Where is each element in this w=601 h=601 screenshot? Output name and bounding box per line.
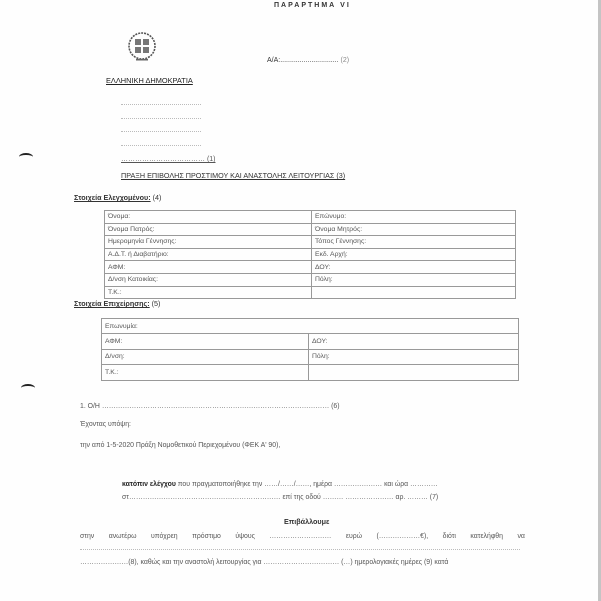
fine-amount-blank: ……………………… <box>269 533 331 540</box>
business-heading: Στοιχεία Επιχείρησης: (5) <box>74 299 160 308</box>
reference-number-label: Α/Α:.............................. <box>267 57 339 64</box>
legal-act-text: την από 1-5-2020 Πράξη Νομοθετικού Περιε… <box>80 442 280 449</box>
violation-dotted-line <box>80 549 520 550</box>
field-city[interactable]: Πόλη: <box>312 273 516 286</box>
fine-amount-euro-blank: (………………€), <box>376 533 428 540</box>
fine-word: ανωτέρω <box>109 533 137 540</box>
republic-heading: ΕΛΛΗΝΙΚΗ ΔΗΜΟΚΡΑΤΙΑ <box>106 76 193 85</box>
fine-word: ευρώ <box>346 533 362 540</box>
authority-dotted-line <box>121 131 201 132</box>
fine-word: στην <box>80 533 94 540</box>
table-row: ΑΦΜ:ΔΟΥ: <box>105 261 516 274</box>
field-tax-id[interactable]: ΑΦΜ: <box>105 261 312 274</box>
control-rest-text: που πραγματοποιήθηκε την ……/……/……, ημέρα… <box>176 481 438 488</box>
greek-coat-of-arms-icon <box>126 30 158 62</box>
authority-dotted-line <box>121 145 201 146</box>
field-postal-code[interactable]: Τ.Κ.: <box>105 286 312 299</box>
field-empty <box>309 365 519 380</box>
field-id-passport[interactable]: Α.Δ.Τ. ή Διαβατήριο: <box>105 248 312 261</box>
field-business-name[interactable]: Επωνυμία: <box>102 319 519 334</box>
margin-punch-mark <box>21 384 35 392</box>
field-business-postal-code[interactable]: Τ.Κ.: <box>102 365 309 380</box>
suspension-line: …………………(8), καθώς και την αναστολή λειτο… <box>80 559 448 566</box>
fine-word: κατελήφθη <box>470 533 503 540</box>
field-tax-office[interactable]: ΔΟΥ: <box>312 261 516 274</box>
reference-note: (2) <box>341 57 350 64</box>
field-first-name[interactable]: Όνομα: <box>105 211 312 224</box>
authority-dotted-line <box>121 104 201 105</box>
business-table: Επωνυμία: ΑΦΜ:ΔΟΥ: Δ/νση:Πόλη: Τ.Κ.: <box>101 318 519 381</box>
reference-number-field: Α/Α:.............................. (2) <box>267 57 349 64</box>
control-bold-text: κατόπιν ελέγχου <box>122 481 176 488</box>
authority-line: ……………………………… (1) <box>121 156 216 163</box>
field-empty <box>312 286 516 299</box>
field-issuing-authority[interactable]: Εκδ. Αρχή: <box>312 248 516 261</box>
act-title: ΠΡΑΞΗ ΕΠΙΒΟΛΗΣ ΠΡΟΣΤΙΜΟΥ ΚΑΙ ΑΝΑΣΤΟΛΗΣ Λ… <box>121 171 345 180</box>
fine-word: διότι <box>443 533 456 540</box>
fine-line: στην ανωτέρω υπόχρεη πρόστιμο ύψους …………… <box>80 533 525 540</box>
annex-title: ΠΑΡΑΡΤΗΜΑ VI <box>274 2 351 9</box>
fine-word: πρόστιμο <box>192 533 221 540</box>
field-business-address[interactable]: Δ/νση: <box>102 349 309 364</box>
controlled-person-heading: Στοιχεία Ελεγχομένου: (4) <box>74 193 161 202</box>
impose-heading: Επιβάλλουμε <box>284 517 329 526</box>
table-row: Δ/νση:Πόλη: <box>102 349 519 364</box>
section-heading-text: Στοιχεία Ελεγχομένου: <box>74 193 151 202</box>
section-note: (4) <box>151 193 162 202</box>
fine-word: ύψους <box>235 533 255 540</box>
having-regard-text: Έχοντας υπόψη: <box>80 421 131 428</box>
table-row: Όνομα:Επώνυμο: <box>105 211 516 224</box>
document-page: ΠΑΡΑΡΤΗΜΑ VI Α/Α:.......................… <box>0 0 598 601</box>
field-address[interactable]: Δ/νση Κατοικίας: <box>105 273 312 286</box>
field-business-tax-id[interactable]: ΑΦΜ: <box>102 334 309 349</box>
field-mother-name[interactable]: Όνομα Μητρός: <box>312 223 516 236</box>
table-row: Α.Δ.Τ. ή Διαβατήριο:Εκδ. Αρχή: <box>105 248 516 261</box>
officer-line: 1. Ο/Η ………………………………………………………………………………………… <box>80 403 340 410</box>
location-line: στ………………………………………………………… επί της οδού ……… <box>122 494 438 501</box>
field-birth-place[interactable]: Τόπος Γέννησης: <box>312 236 516 249</box>
section-heading-text: Στοιχεία Επιχείρησης: <box>74 299 150 308</box>
field-business-tax-office[interactable]: ΔΟΥ: <box>309 334 519 349</box>
field-birth-date[interactable]: Ημερομηνία Γέννησης: <box>105 236 312 249</box>
fine-word: να <box>517 533 524 540</box>
section-note: (5) <box>150 299 161 308</box>
fine-word: υπόχρεη <box>151 533 178 540</box>
table-row: Όνομα Πατρός:Όνομα Μητρός: <box>105 223 516 236</box>
margin-punch-mark <box>19 153 33 161</box>
table-row: Επωνυμία: <box>102 319 519 334</box>
controlled-person-table: Όνομα:Επώνυμο: Όνομα Πατρός:Όνομα Μητρός… <box>104 210 516 299</box>
authority-dotted-line <box>121 118 201 119</box>
field-business-city[interactable]: Πόλη: <box>309 349 519 364</box>
table-row: Τ.Κ.: <box>105 286 516 299</box>
field-last-name[interactable]: Επώνυμο: <box>312 211 516 224</box>
table-row: ΑΦΜ:ΔΟΥ: <box>102 334 519 349</box>
field-father-name[interactable]: Όνομα Πατρός: <box>105 223 312 236</box>
table-row: Ημερομηνία Γέννησης:Τόπος Γέννησης: <box>105 236 516 249</box>
table-row: Δ/νση Κατοικίας:Πόλη: <box>105 273 516 286</box>
control-details-line: κατόπιν ελέγχου που πραγματοποιήθηκε την… <box>122 481 438 488</box>
table-row: Τ.Κ.: <box>102 365 519 380</box>
